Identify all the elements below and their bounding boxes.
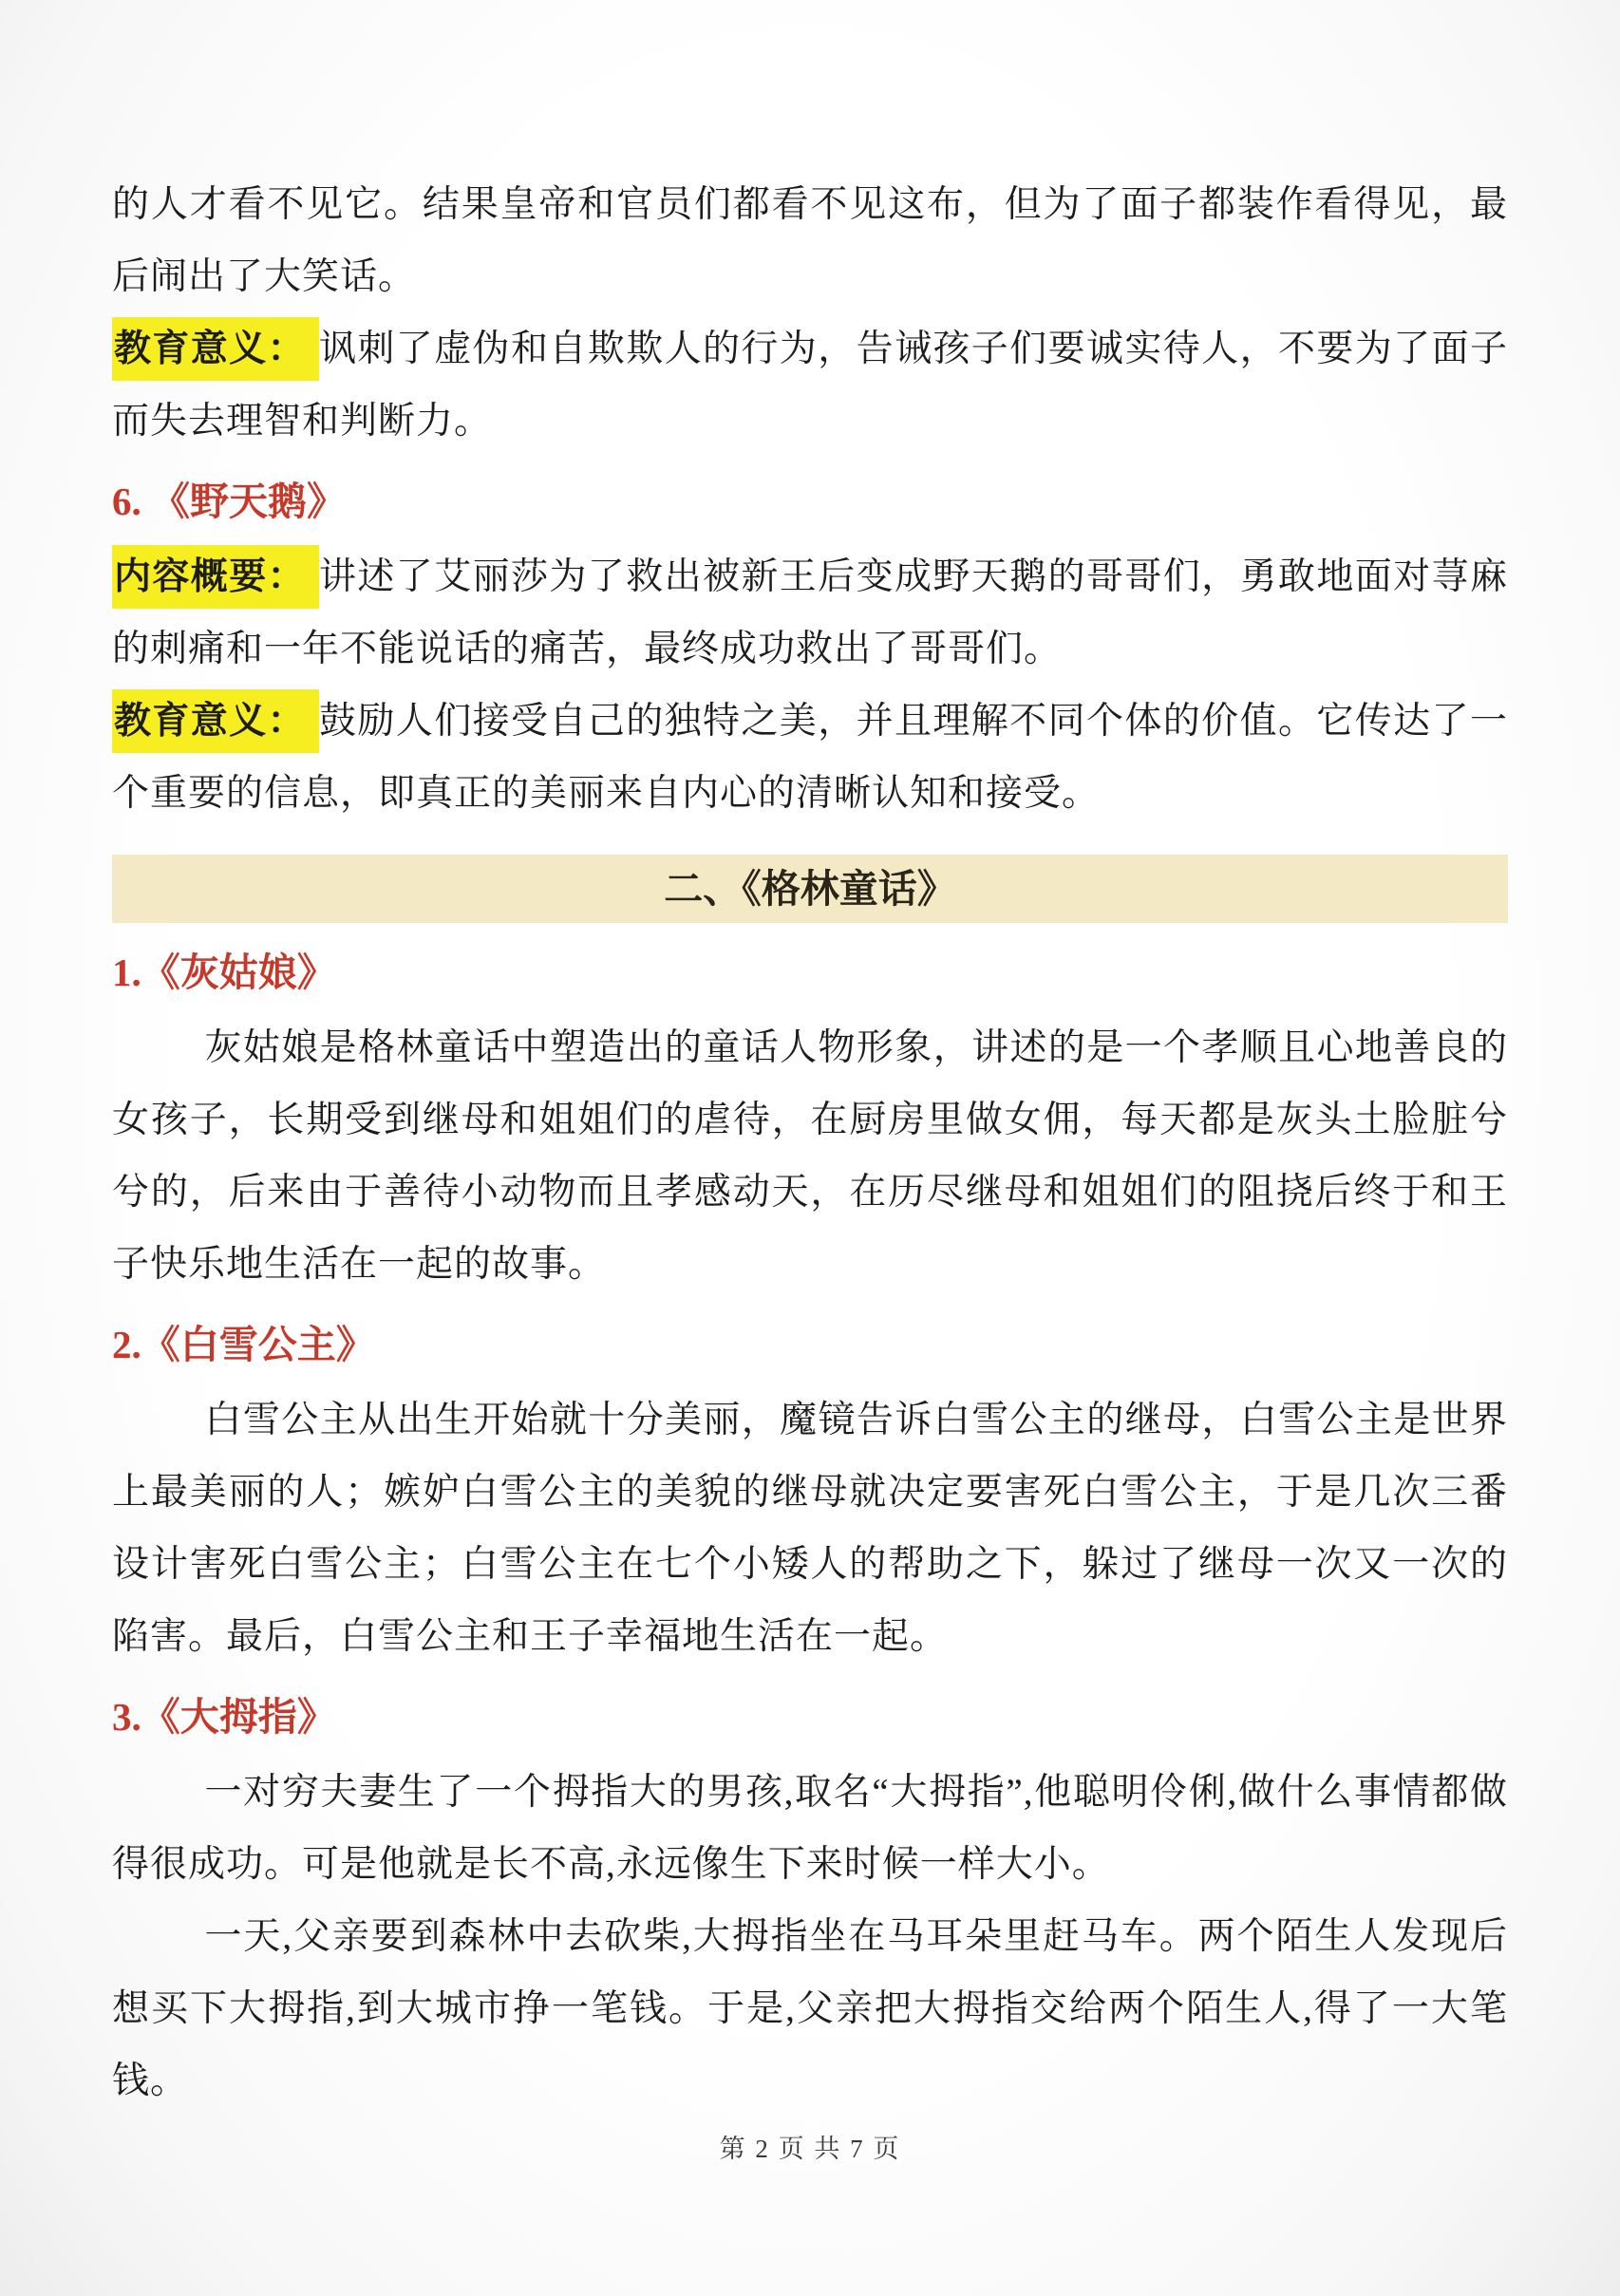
story-heading-snow-white: 2.《白雪公主》 bbox=[112, 1308, 1508, 1381]
paragraph-summary-wild-swans: 内容概要：讲述了艾丽莎为了救出被新王后变成野天鹅的哥哥们，勇敢地面对荨麻的刺痛和… bbox=[112, 541, 1508, 686]
paragraph-cinderella: 灰姑娘是格林童话中塑造出的童话人物形象，讲述的是一个孝顺且心地善良的女孩子，长期… bbox=[112, 1012, 1508, 1301]
highlight-label-edu-meaning-2: 教育意义： bbox=[112, 689, 319, 753]
paragraph-emperor-tail: 的人才看不见它。结果皇帝和官员们都看不见这布，但为了面子都装作看得见，最后闹出了… bbox=[112, 169, 1508, 313]
story-heading-wild-swans: 6. 《野天鹅》 bbox=[112, 465, 1508, 537]
summary-text: 讲述了艾丽莎为了救出被新王后变成野天鹅的哥哥们，勇敢地面对荨麻的刺痛和一年不能说… bbox=[112, 556, 1508, 669]
document-page: 的人才看不见它。结果皇帝和官员们都看不见这布，但为了面子都装作看得见，最后闹出了… bbox=[0, 0, 1620, 2296]
highlight-label-edu-meaning: 教育意义： bbox=[112, 317, 319, 381]
paragraph-snow-white: 白雪公主从出生开始就十分美丽，魔镜告诉白雪公主的继母，白雪公主是世界上最美丽的人… bbox=[112, 1384, 1508, 1673]
page-number-footer: 第 2 页 共 7 页 bbox=[0, 2128, 1620, 2165]
story-heading-tom-thumb: 3.《大拇指》 bbox=[112, 1681, 1508, 1753]
edu-meaning-text: 讽刺了虚伪和自欺欺人的行为，告诫孩子们要诚实待人，不要为了面子而失去理智和判断力… bbox=[112, 329, 1508, 442]
section-header-grimm: 二、《格林童话》 bbox=[112, 855, 1508, 923]
paragraph-tom-thumb-1: 一对穷夫妻生了一个拇指大的男孩,取名“大拇指”,他聪明伶俐,做什么事情都做得很成… bbox=[112, 1757, 1508, 1901]
paragraph-tom-thumb-2: 一天,父亲要到森林中去砍柴,大拇指坐在马耳朵里赶马车。两个陌生人发现后想买下大拇… bbox=[112, 1901, 1508, 2117]
paragraph-edu-meaning-emperor: 教育意义：讽刺了虚伪和自欺欺人的行为，告诫孩子们要诚实待人，不要为了面子而失去理… bbox=[112, 313, 1508, 458]
paragraph-edu-meaning-wild-swans: 教育意义：鼓励人们接受自己的独特之美，并且理解不同个体的价值。它传达了一个重要的… bbox=[112, 686, 1508, 830]
story-heading-cinderella: 1.《灰姑娘》 bbox=[112, 936, 1508, 1008]
highlight-label-summary: 内容概要： bbox=[112, 545, 319, 609]
edu-meaning-text-2: 鼓励人们接受自己的独特之美，并且理解不同个体的价值。它传达了一个重要的信息，即真… bbox=[112, 701, 1508, 814]
